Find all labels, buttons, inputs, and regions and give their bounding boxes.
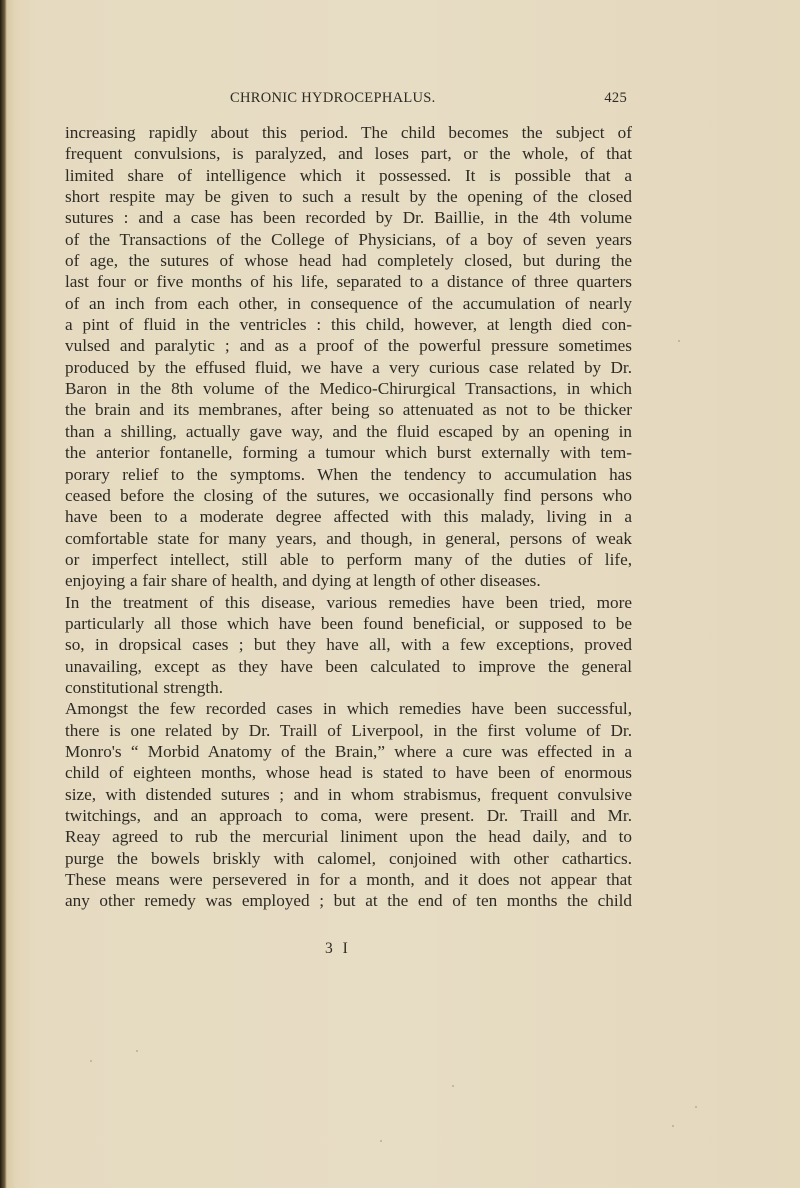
text-line: there is one related by Dr. Traill of Li…: [65, 720, 632, 741]
text-line: last four or five months of his life, se…: [65, 271, 632, 292]
text-line: comfortable state for many years, and th…: [65, 528, 632, 549]
text-line: or imperfect intellect, still able to pe…: [65, 549, 632, 570]
text-line: twitchings, and an approach to coma, wer…: [65, 805, 632, 826]
text-line: Baron in the 8th volume of the Medico-Ch…: [65, 378, 632, 399]
text-line: have been to a moderate degree affected …: [65, 506, 632, 527]
text-line: These means were persevered in for a mon…: [65, 869, 632, 890]
text-line: purge the bowels briskly with calomel, c…: [65, 848, 632, 869]
text-line: Reay agreed to rub the mercurial linimen…: [65, 826, 632, 847]
text-line: vulsed and paralytic ; and as a proof of…: [65, 335, 632, 356]
text-line: of an inch from each other, in consequen…: [65, 293, 632, 314]
running-head-title: CHRONIC HYDROCEPHALUS.: [230, 90, 436, 107]
text-line: of the Transactions of the College of Ph…: [65, 229, 632, 250]
text-line: In the treatment of this disease, variou…: [65, 592, 632, 613]
text-line: increasing rapidly about this period. Th…: [65, 122, 632, 143]
text-line: Amongst the few recorded cases in which …: [65, 698, 632, 719]
page-number: 425: [604, 90, 627, 107]
text-line: ceased before the closing of the sutures…: [65, 485, 632, 506]
text-line: Monro's “ Morbid Anatomy of the Brain,” …: [65, 741, 632, 762]
text-line: sutures : and a case has been recorded b…: [65, 207, 632, 228]
text-line: enjoying a fair share of health, and dyi…: [65, 570, 632, 591]
text-line: child of eighteen months, whose head is …: [65, 762, 632, 783]
text-line: a pint of fluid in the ventricles : this…: [65, 314, 632, 335]
text-line: than a shilling, actually gave way, and …: [65, 421, 632, 442]
signature-mark: 3 I: [325, 940, 351, 958]
text-line: porary relief to the symptoms. When the …: [65, 464, 632, 485]
paper-speck: [452, 1085, 454, 1087]
text-line: any other remedy was employed ; but at t…: [65, 890, 632, 911]
text-line: particularly all those which have been f…: [65, 613, 632, 634]
text-line: of age, the sutures of whose head had co…: [65, 250, 632, 271]
text-line: the brain and its membranes, after being…: [65, 399, 632, 420]
text-line: produced by the effused fluid, we have a…: [65, 357, 632, 378]
paper-speck: [136, 1050, 138, 1052]
text-line: unavailing, except as they have been cal…: [65, 656, 632, 677]
book-spine-edge: [0, 0, 6, 1188]
text-line: limited share of intelligence which it p…: [65, 165, 632, 186]
paper-speck: [380, 1140, 382, 1142]
paper-speck: [695, 1106, 697, 1108]
body-text: increasing rapidly about this period. Th…: [65, 122, 632, 912]
text-line: so, in dropsical cases ; but they have a…: [65, 634, 632, 655]
book-page: CHRONIC HYDROCEPHALUS. 425 increasing ra…: [0, 0, 800, 1188]
text-line: constitutional strength.: [65, 677, 632, 698]
text-line: the anterior fontanelle, forming a tumou…: [65, 442, 632, 463]
running-head: CHRONIC HYDROCEPHALUS. 425: [230, 90, 630, 110]
text-line: size, with distended sutures ; and in wh…: [65, 784, 632, 805]
paper-speck: [678, 340, 680, 342]
text-line: short respite may be given to such a res…: [65, 186, 632, 207]
text-line: frequent convulsions, is paralyzed, and …: [65, 143, 632, 164]
paper-speck: [90, 1060, 92, 1062]
paper-speck: [672, 1125, 674, 1127]
